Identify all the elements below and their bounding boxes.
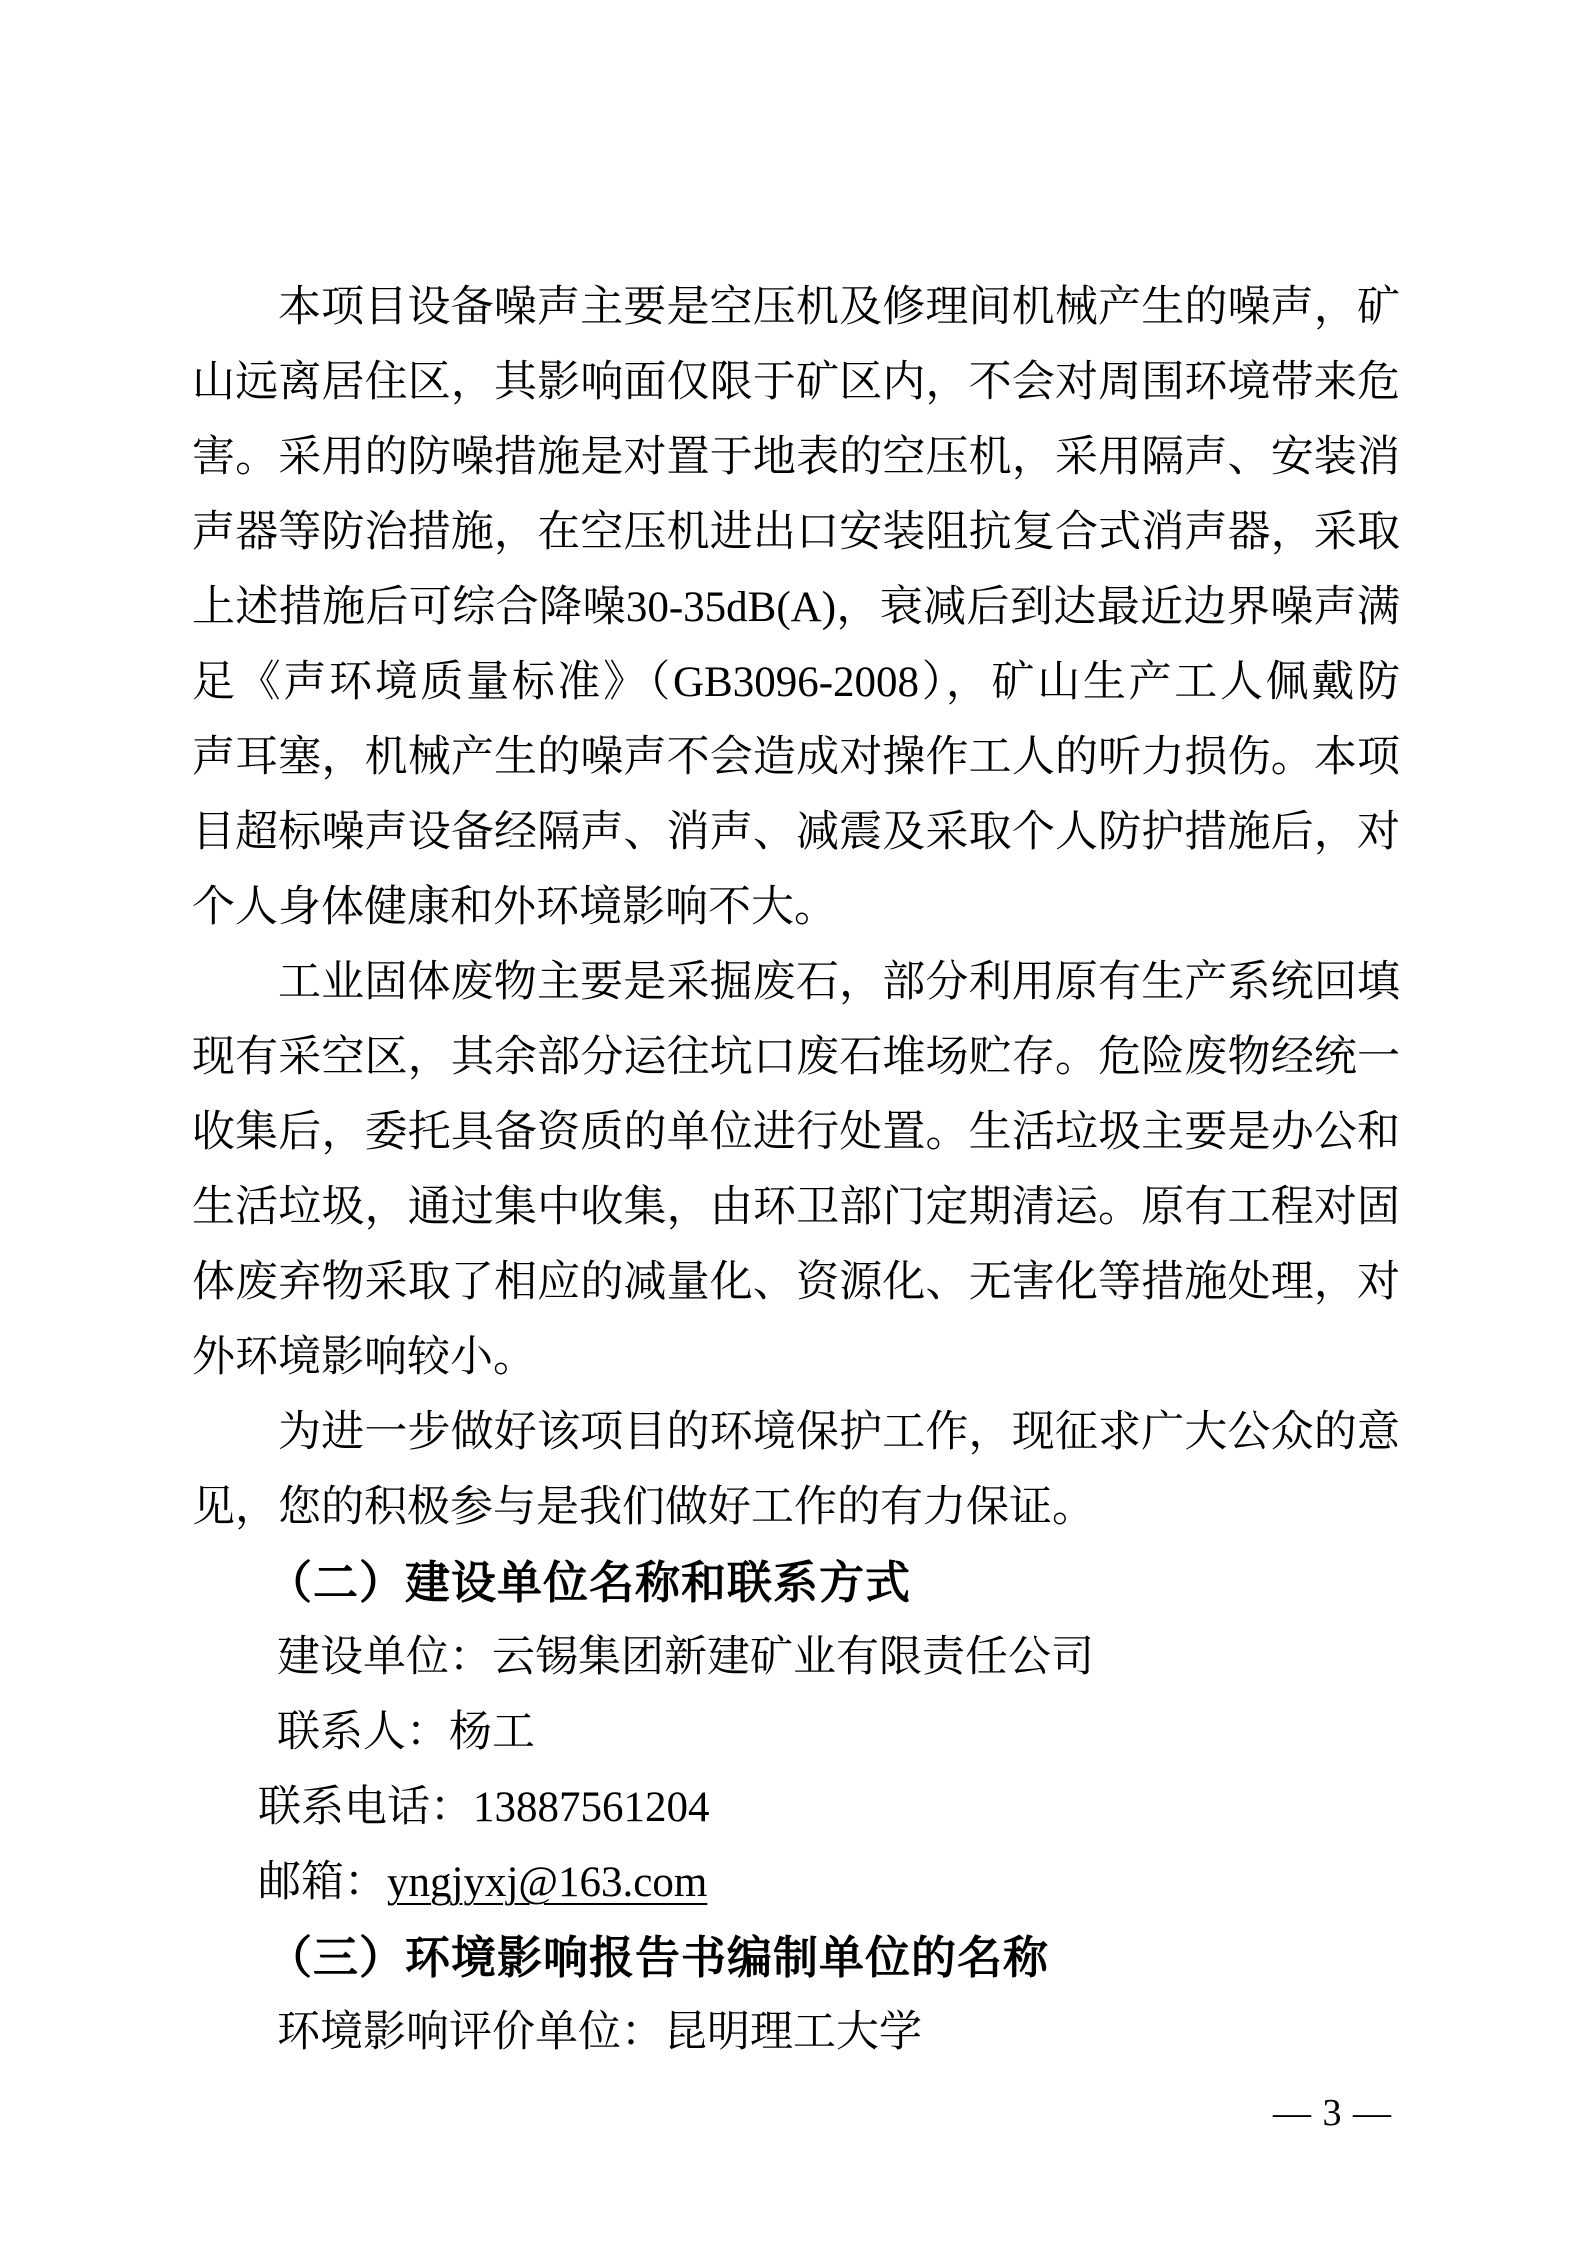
text-column: 本项目设备噪声主要是空压机及修理间机械产生的噪声，矿 山远离居住区，其影响面仅限…	[192, 270, 1400, 2070]
section-heading-3: （三）环境影响报告书编制单位的名称	[192, 1920, 1400, 1995]
contact-phone-line: 联系电话：13887561204	[192, 1770, 1400, 1845]
email-label: 邮箱：	[258, 1859, 387, 1906]
email-link[interactable]: yngjyxj@163.com	[387, 1859, 707, 1906]
paragraph-line: 收集后，委托具备资质的单位进行处置。生活垃圾主要是办公和	[192, 1095, 1400, 1170]
paragraph-line: 体废弃物采取了相应的减量化、资源化、无害化等措施处理，对	[192, 1245, 1400, 1320]
paragraph-line: 生活垃圾，通过集中收集，由环卫部门定期清运。原有工程对固	[192, 1170, 1400, 1245]
paragraph-line: 上述措施后可综合降噪30-35dB(A)，衰减后到达最近边界噪声满	[192, 570, 1400, 645]
paragraph-line: 个人身体健康和外环境影响不大。	[192, 870, 1400, 945]
email-line: 邮箱：yngjyxj@163.com	[192, 1845, 1400, 1920]
paragraph-line: 声器等防治措施，在空压机进出口安装阻抗复合式消声器，采取	[192, 495, 1400, 570]
paragraph-line: 山远离居住区，其影响面仅限于矿区内，不会对周围环境带来危	[192, 345, 1400, 420]
paragraph-line: 害。采用的防噪措施是对置于地表的空压机，采用隔声、安装消	[192, 420, 1400, 495]
page-number: — 3 —	[1245, 2088, 1420, 2138]
document-page: 本项目设备噪声主要是空压机及修理间机械产生的噪声，矿 山远离居住区，其影响面仅限…	[0, 0, 1588, 2245]
paragraph-line: 外环境影响较小。	[192, 1320, 1400, 1395]
eia-unit-line: 环境影响评价单位：昆明理工大学	[192, 1995, 1400, 2070]
contact-person-line: 联系人：杨工	[192, 1695, 1400, 1770]
paragraph-line: 本项目设备噪声主要是空压机及修理间机械产生的噪声，矿	[192, 270, 1400, 345]
paragraph-line: 现有采空区，其余部分运往坑口废石堆场贮存。危险废物经统一	[192, 1020, 1400, 1095]
paragraph-line: 见，您的积极参与是我们做好工作的有力保证。	[192, 1470, 1400, 1545]
paragraph-line: 足《声环境质量标准》（GB3096-2008），矿山生产工人佩戴防	[192, 645, 1400, 720]
paragraph-line: 声耳塞，机械产生的噪声不会造成对操作工人的听力损伤。本项	[192, 720, 1400, 795]
paragraph-line: 工业固体废物主要是采掘废石，部分利用原有生产系统回填	[192, 945, 1400, 1020]
paragraph-line: 为进一步做好该项目的环境保护工作，现征求广大公众的意	[192, 1395, 1400, 1470]
section-heading-2: （二）建设单位名称和联系方式	[192, 1545, 1400, 1620]
construction-unit-line: 建设单位：云锡集团新建矿业有限责任公司	[192, 1620, 1400, 1695]
paragraph-line: 目超标噪声设备经隔声、消声、减震及采取个人防护措施后，对	[192, 795, 1400, 870]
